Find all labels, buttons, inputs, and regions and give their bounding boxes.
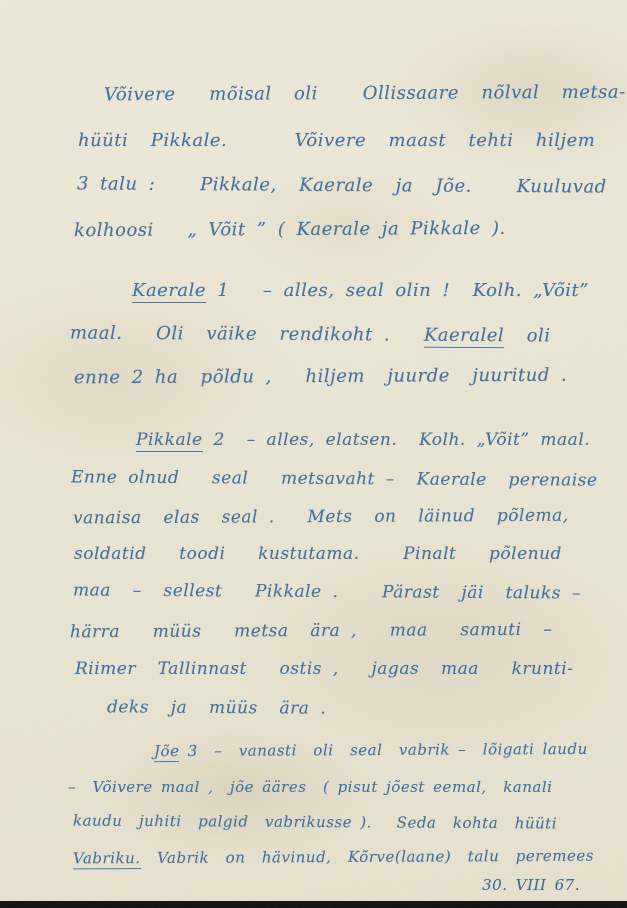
handwritten-line: kolhoosi „ Võit ” ( Kaerale ja Pikkale )… [74,218,506,241]
handwritten-line: Vabriku. Vabrik on hävinud, Kõrve(laane)… [73,847,594,868]
handwritten-line: Kaerale 1 – alles, seal olin ! Kolh. „Võ… [132,280,589,301]
line-text: 3 – vanasti oli seal vabrik – lõigati la… [179,740,587,760]
handwritten-line: enne 2 ha põldu , hiljem juurde juuritud… [74,365,567,389]
handwritten-line: härra müüs metsa ära , maa samuti – [70,620,552,643]
handwritten-line: Jõe 3 – vanasti oli seal vabrik – lõigat… [154,740,588,760]
line-text: maa – sellest Pikkale . Pärast jäi taluk… [73,580,581,603]
handwritten-line: Enne olnud seal metsavaht – Kaerale pere… [71,467,598,490]
underlined-word: Kaerale [132,280,206,303]
line-text: Enne olnud seal metsavaht – Kaerale pere… [71,467,598,490]
underlined-word: Pikkale [136,430,203,452]
handwritten-line: soldatid toodi kustutama. Pinalt põlenud [74,544,562,564]
line-text: vanaisa elas seal . Mets on läinud põlem… [73,506,569,529]
line-text: Võivere mõisal oli Ollissaare nõlval met… [104,82,626,106]
line-text: oli [504,325,550,346]
line-text: soldatid toodi kustutama. Pinalt põlenud [74,544,562,564]
line-text: enne 2 ha põldu , hiljem juurde juuritud… [74,365,567,389]
date-text: 30. VIII 67. [482,876,580,894]
underlined-word: Vabriku. [73,849,141,869]
handwritten-line: Võivere mõisal oli Ollissaare nõlval met… [104,82,626,106]
line-text: 3 talu : Pikkale, Kaerale ja Jõe. Kuuluv… [77,173,607,197]
handwritten-line: hüüti Pikkale. Võivere maast tehti hilje… [78,130,595,151]
line-text: Vabrik on hävinud, Kõrve(laane) talu per… [140,847,594,867]
underlined-word: Jõe [154,742,180,762]
line-text: Riimer Tallinnast ostis , jagas maa krun… [75,659,573,679]
handwritten-line: 3 talu : Pikkale, Kaerale ja Jõe. Kuuluv… [77,173,607,197]
line-text: kolhoosi „ Võit ” ( Kaerale ja Pikkale )… [74,218,506,241]
handwritten-line: – Võivere maal , jõe ääres ( pisut jõest… [68,778,552,796]
handwritten-line: Riimer Tallinnast ostis , jagas maa krun… [75,659,573,679]
date-note: 30. VIII 67. [482,876,580,894]
handwritten-line: Pikkale 2 – alles, elatsen. Kolh. „Võit”… [136,430,590,450]
handwritten-line: maal. Oli väike rendikoht . Kaeralel oli [70,323,551,347]
handwritten-line: maa – sellest Pikkale . Pärast jäi taluk… [73,580,581,603]
handwritten-line: vanaisa elas seal . Mets on läinud põlem… [73,506,569,529]
line-text: – Võivere maal , jõe ääres ( pisut jõest… [68,778,552,796]
underlined-word: Kaeralel [424,325,504,348]
line-text: deks ja müüs ära . [107,697,326,718]
line-text: maal. Oli väike rendikoht . [70,323,424,346]
line-text: 2 – alles, elatsen. Kolh. „Võit” maal. [203,430,591,450]
manuscript-page: Võivere mõisal oli Ollissaare nõlval met… [0,0,627,901]
line-text: kaudu juhiti palgid vabrikusse ). Seda k… [73,812,557,833]
line-text: 1 – alles, seal olin ! Kolh. „Võit” [206,280,589,301]
line-text: hüüti Pikkale. Võivere maast tehti hilje… [78,130,595,151]
line-text: härra müüs metsa ära , maa samuti – [70,620,552,643]
handwritten-line: kaudu juhiti palgid vabrikusse ). Seda k… [73,812,557,833]
handwritten-line: deks ja müüs ära . [107,697,326,718]
